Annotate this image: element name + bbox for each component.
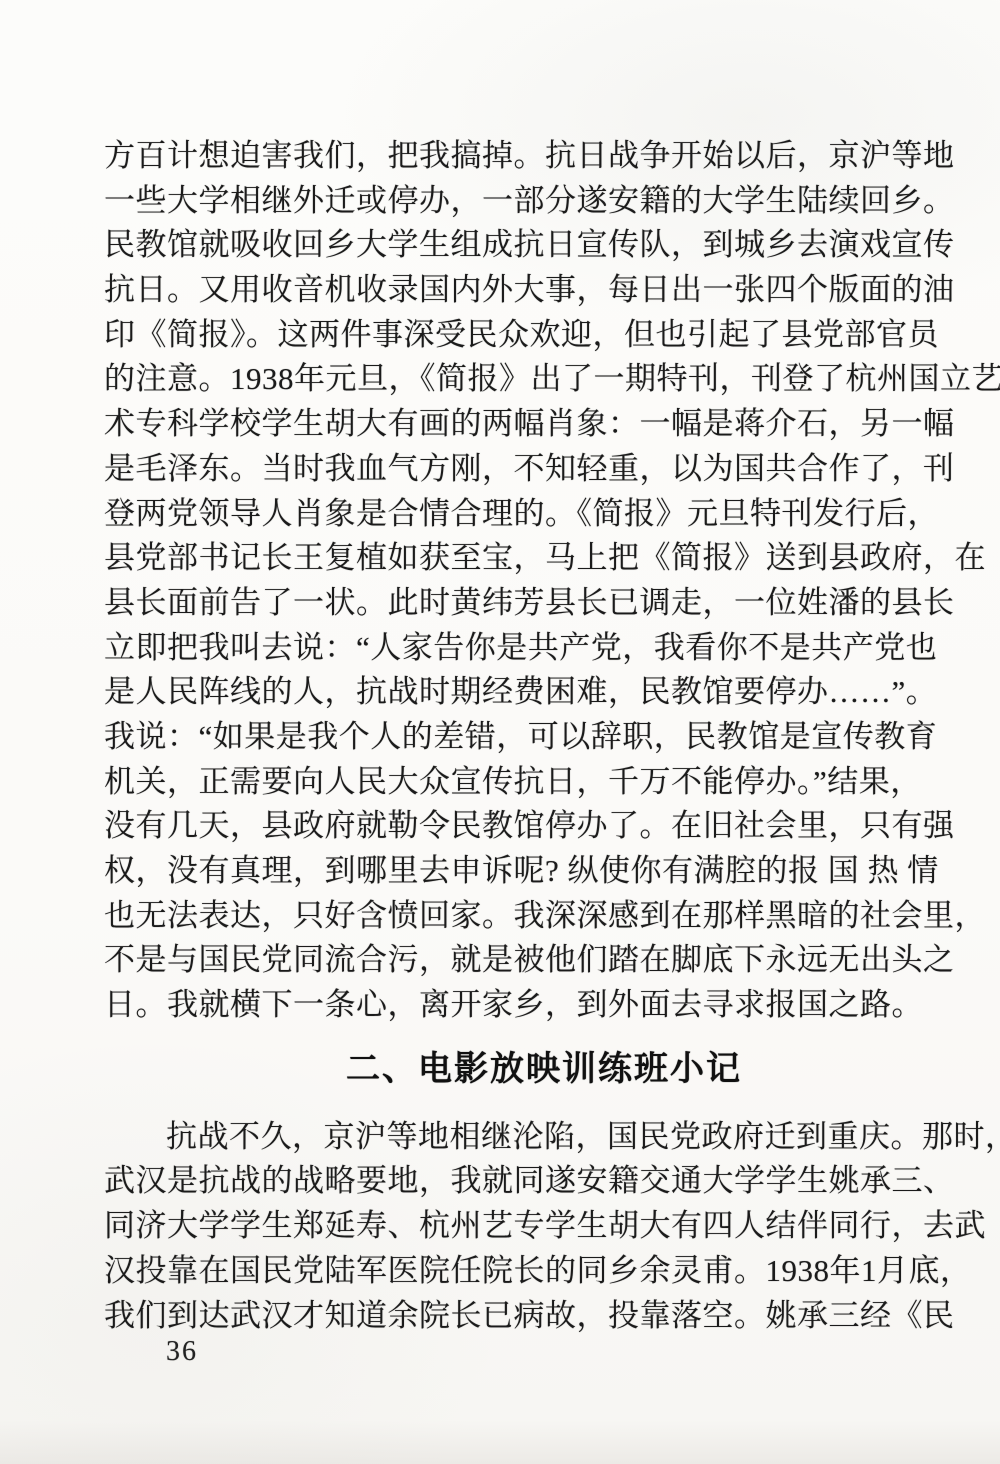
text-line: 是人民阵线的人，抗战时期经费困难，民教馆要停办……”。 xyxy=(104,670,904,715)
text-line: 的注意。1938年元旦，《简报》出了一期特刊，刊登了杭州国立艺 xyxy=(104,357,904,402)
text-line: 机关，正需要向人民大众宣传抗日，千万不能停办。”结果， xyxy=(104,760,904,805)
text-line: 也无法表达，只好含愤回家。我深深感到在那样黑暗的社会里， xyxy=(104,894,904,939)
text-line: 日。我就横下一条心，离开家乡，到外面去寻求报国之路。 xyxy=(104,983,904,1028)
section-heading: 二、电影放映训练班小记 xyxy=(104,1046,904,1092)
text-line: 术专科学校学生胡大有画的两幅肖象：一幅是蒋介石，另一幅 xyxy=(104,402,904,447)
text-line: 我说：“如果是我个人的差错，可以辞职，民教馆是宣传教育 xyxy=(104,715,904,760)
text-line: 抗战不久，京沪等地相继沦陷，国民党政府迁到重庆。那时， xyxy=(104,1115,904,1160)
scanned-book-page: 方百计想迫害我们，把我搞掉。抗日战争开始以后，京沪等地 一些大学相继外迁或停办，… xyxy=(0,0,1000,1464)
text-line: 武汉是抗战的战略要地，我就同遂安籍交通大学学生姚承三、 xyxy=(104,1159,904,1204)
text-line: 县党部书记长王复植如获至宝，马上把《简报》送到县政府，在 xyxy=(104,536,904,581)
text-line: 不是与国民党同流合污，就是被他们踏在脚底下永远无出头之 xyxy=(104,938,904,983)
text-line: 登两党领导人肖象是合情合理的。《简报》元旦特刊发行后， xyxy=(104,492,904,537)
text-line: 我们到达武汉才知道余院长已病故，投靠落空。姚承三经《民 xyxy=(104,1294,904,1339)
text-line: 抗日。又用收音机收录国内外大事，每日出一张四个版面的油 xyxy=(104,268,904,313)
text-line: 方百计想迫害我们，把我搞掉。抗日战争开始以后，京沪等地 xyxy=(104,134,904,179)
text-line: 立即把我叫去说：“人家告你是共产党，我看你不是共产党也 xyxy=(104,626,904,671)
text-line: 民教馆就吸收回乡大学生组成抗日宣传队，到城乡去演戏宣传 xyxy=(104,223,904,268)
text-line: 是毛泽东。当时我血气方刚，不知轻重，以为国共合作了，刊 xyxy=(104,447,904,492)
page-number: 36 xyxy=(166,1336,198,1368)
text-line: 同济大学学生郑延寿、杭州艺专学生胡大有四人结伴同行，去武 xyxy=(104,1204,904,1249)
text-line: 没有几天，县政府就勒令民教馆停办了。在旧社会里，只有强 xyxy=(104,804,904,849)
text-line: 权，没有真理，到哪里去申诉呢? 纵使你有满腔的报 国 热 情 xyxy=(104,849,904,894)
paragraph: 抗战不久，京沪等地相继沦陷，国民党政府迁到重庆。那时， 武汉是抗战的战略要地，我… xyxy=(104,1115,904,1338)
text-line: 县长面前告了一状。此时黄纬芳县长已调走，一位姓潘的县长 xyxy=(104,581,904,626)
text-line: 一些大学相继外迁或停办，一部分遂安籍的大学生陆续回乡。 xyxy=(104,179,904,224)
text-line: 汉投靠在国民党陆军医院任院长的同乡余灵甫。1938年1月底， xyxy=(104,1249,904,1294)
text-block: 方百计想迫害我们，把我搞掉。抗日战争开始以后，京沪等地 一些大学相继外迁或停办，… xyxy=(104,134,904,1338)
text-line: 印《简报》。这两件事深受民众欢迎，但也引起了县党部官员 xyxy=(104,313,904,358)
